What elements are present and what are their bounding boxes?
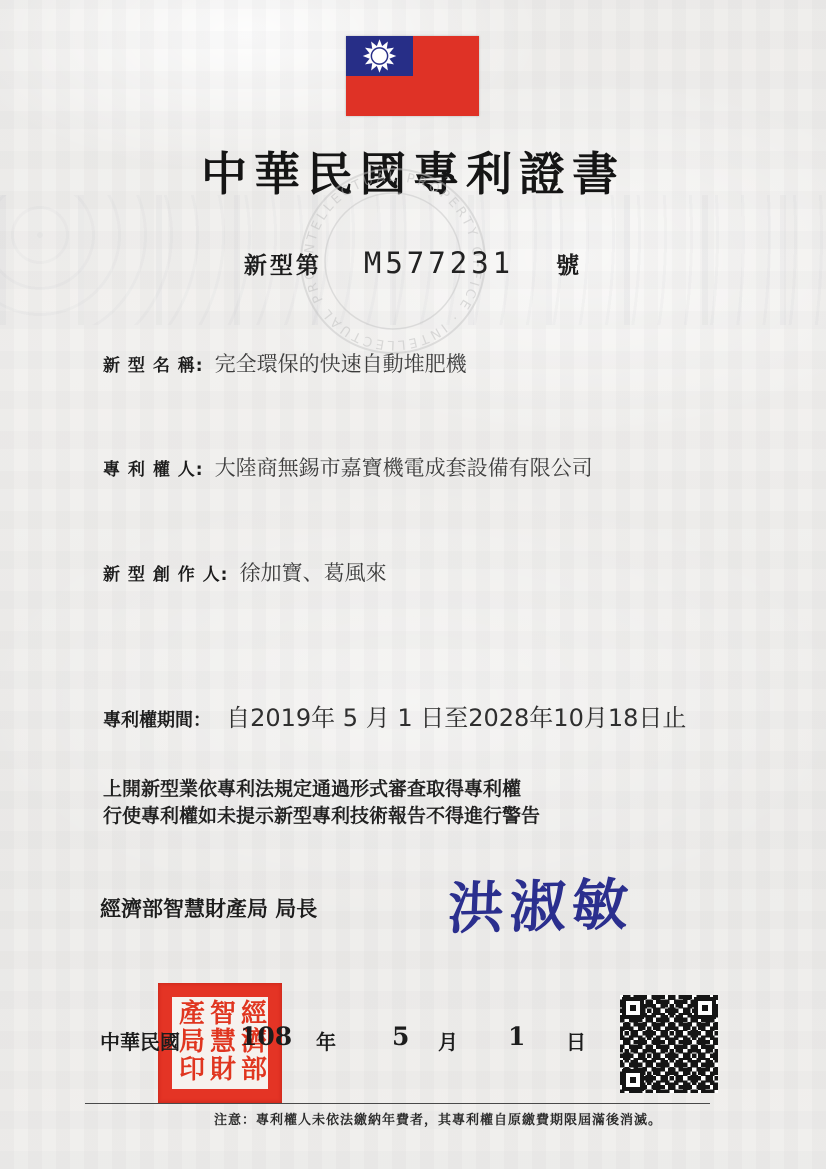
date-year: 108 <box>240 1022 292 1051</box>
field-patentee: 專 利 權 人: 大陸商無錫市嘉寶機電成套設備有限公司 <box>103 452 593 482</box>
legal-line-2: 行使專利權如未提示新型專利技術報告不得進行警告 <box>103 803 540 830</box>
taiwan-flag <box>346 36 479 116</box>
issuing-office-and-title: 經濟部智慧財產局 局長 <box>100 893 317 923</box>
term-value: 自2019年 5 月 1 日至2028年10月18日止 <box>226 704 686 732</box>
patent-number-suffix: 號 <box>556 247 582 280</box>
patent-number-row: 新型第 M577231 號 <box>0 246 826 280</box>
flag-sun-icon <box>346 36 413 76</box>
date-month: 5 <box>392 1022 409 1051</box>
field-label: 專 利 權 人: <box>103 460 204 480</box>
date-day: 1 <box>508 1022 525 1051</box>
field-value: 徐加寶、葛風來 <box>240 561 387 585</box>
qr-code <box>620 995 718 1093</box>
date-era: 中華民國 <box>100 1026 180 1055</box>
patent-term-row: 專利權期間： 自2019年 5 月 1 日至2028年10月18日止 <box>103 698 686 733</box>
qr-finder-top-right <box>694 997 716 1019</box>
patent-number: M577231 <box>364 246 514 280</box>
legal-statement: 上開新型業依專利法規定通過形式審查取得專利權 行使專利權如未提示新型專利技術報告… <box>103 776 540 830</box>
field-value: 大陸商無錫市嘉寶機電成套設備有限公司 <box>215 456 593 480</box>
field-utility-model-name: 新 型 名 稱: 完全環保的快速自動堆肥機 <box>103 348 467 378</box>
date-year-unit: 年 <box>316 1026 336 1055</box>
field-label: 新 型 創 作 人: <box>103 565 228 585</box>
footer-note: 注意：專利權人未依法繳納年費者，其專利權自原繳費期限屆滿後消滅。 <box>214 1109 662 1128</box>
qr-finder-bottom-left <box>622 1069 644 1091</box>
legal-line-1: 上開新型業依專利法規定通過形式審查取得專利權 <box>103 776 540 803</box>
field-value: 完全環保的快速自動堆肥機 <box>215 352 467 376</box>
footer-divider <box>85 1103 710 1104</box>
certificate-title: 中華民國專利證書 <box>0 138 826 204</box>
field-label: 新 型 名 稱: <box>103 356 204 376</box>
field-creators: 新 型 創 作 人: 徐加寶、葛風來 <box>103 557 387 587</box>
date-month-unit: 月 <box>438 1026 458 1055</box>
qr-finder-top-left <box>622 997 644 1019</box>
date-day-unit: 日 <box>566 1026 586 1055</box>
director-general-signature: 洪淑敏 <box>446 859 709 946</box>
patent-type-prefix: 新型第 <box>244 247 322 280</box>
term-label: 專利權期間： <box>103 710 211 731</box>
